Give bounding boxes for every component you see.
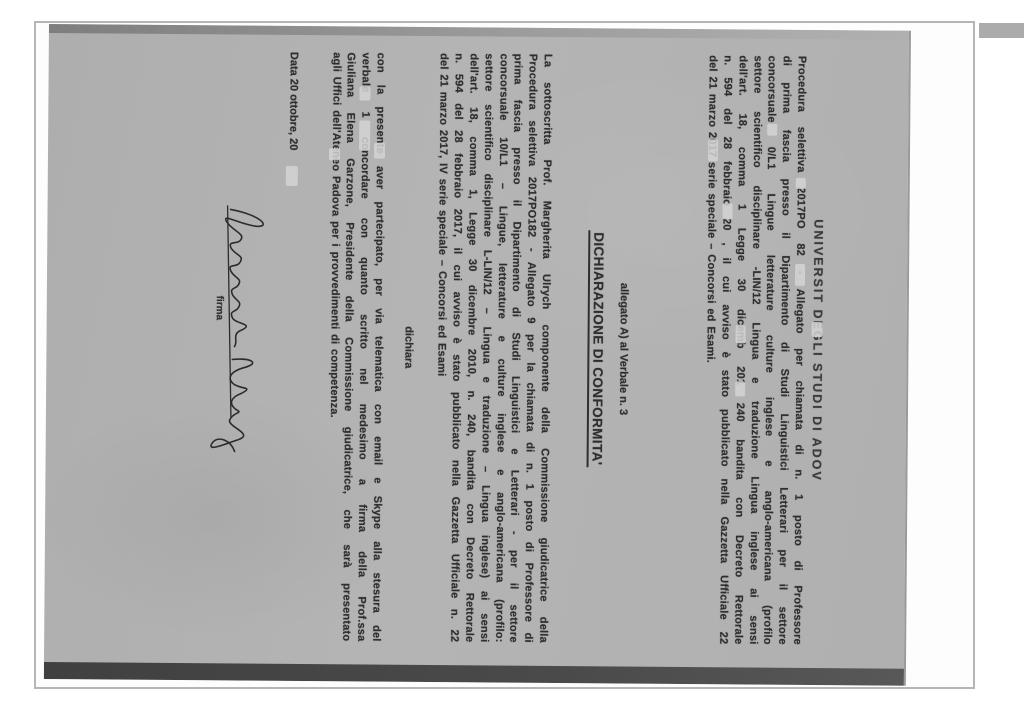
whiteout-mark	[735, 381, 745, 396]
whiteout-mark	[374, 143, 385, 159]
paragraph-declaration: con la presente aver partecipato, per vi…	[324, 52, 388, 641]
document-content: UNIVERSIT DEGLI STUDI DI ADOV Procedura …	[44, 24, 909, 686]
whiteout-mark	[767, 124, 777, 136]
attachment-heading: allegato A) al Verbale n. 3	[615, 54, 632, 643]
date-line: Data 20 ottobre, 20	[287, 52, 300, 151]
scanned-page: UNIVERSIT DEGLI STUDI DI ADOV Procedura …	[44, 24, 911, 686]
whiteout-mark	[736, 325, 746, 343]
whiteout-mark	[795, 264, 805, 286]
signature-label: firma	[213, 195, 226, 420]
whiteout-mark	[708, 139, 718, 161]
signature-block: firma	[175, 195, 282, 476]
whiteout-mark	[286, 166, 298, 186]
university-header: UNIVERSIT DEGLI STUDI DI ADOV	[808, 56, 827, 645]
whiteout-mark	[812, 322, 823, 337]
whiteout-mark	[359, 120, 370, 150]
whiteout-mark	[359, 86, 370, 100]
paragraph-declarant: La sottoscritta Prof. Margherita Ulrych …	[432, 53, 555, 643]
scanner-shadow	[979, 23, 1024, 38]
scan-background: UNIVERSIT DEGLI STUDI DI ADOV Procedura …	[0, 0, 1024, 715]
whiteout-mark	[796, 178, 806, 189]
document-title-text: DICHIARAZIONE DI CONFORMITA'	[587, 230, 607, 467]
document-title: DICHIARAZIONE DI CONFORMITA'	[586, 54, 609, 643]
whiteout-mark	[722, 203, 732, 219]
handwritten-signature	[175, 195, 282, 476]
page-frame: UNIVERSIT DEGLI STUDI DI ADOV Procedura …	[34, 21, 975, 689]
declaration-keyword: dichiara	[400, 53, 417, 642]
whiteout-mark	[329, 148, 340, 160]
